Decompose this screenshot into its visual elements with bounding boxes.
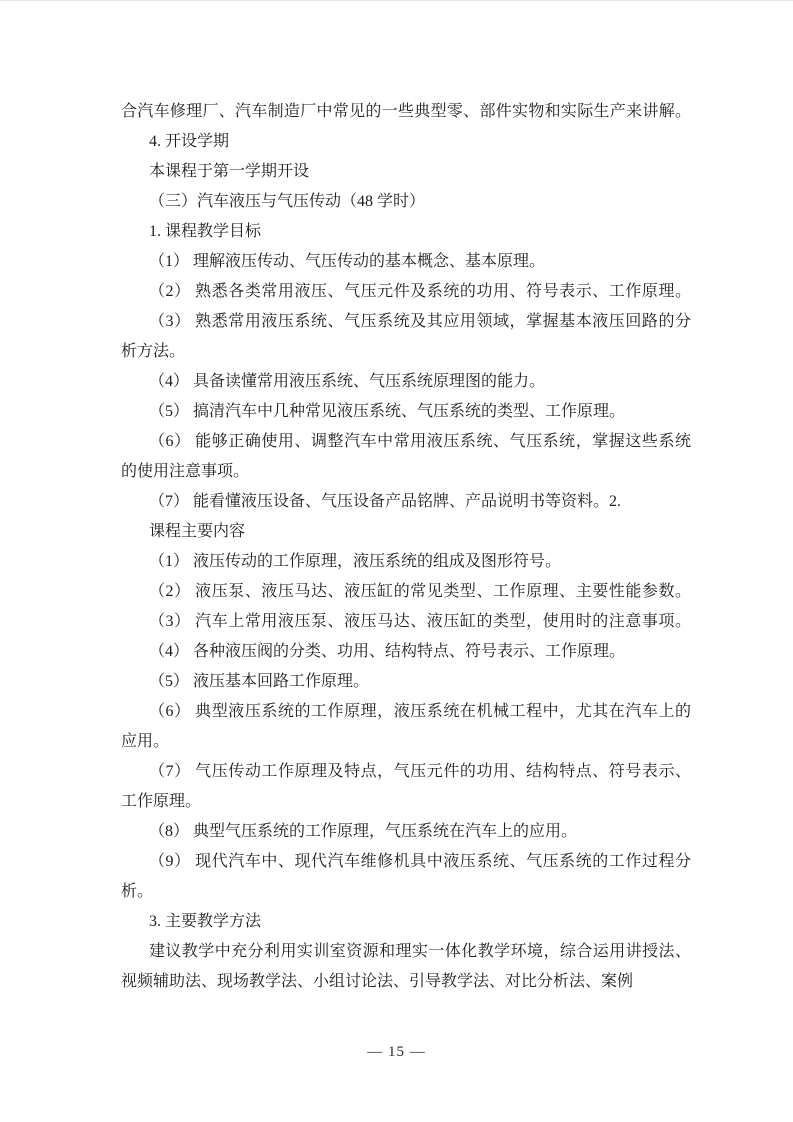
text-line: 析。 [121,877,691,907]
text-line: （2） 熟悉各类常用液压、气压元件及系统的功用、符号表示、工作原理。 [121,277,691,307]
text-line: 应用。 [121,727,691,757]
text-line: （9） 现代汽车中、现代汽车维修机具中液压系统、气压系统的工作过程分 [121,847,691,877]
text-line: 的使用注意事项。 [121,457,691,487]
text-line: 3. 主要教学方法 [121,907,691,937]
text-line: （5） 液压基本回路工作原理。 [121,667,691,697]
text-line: 视频辅助法、现场教学法、小组讨论法、引导教学法、对比分析法、案例 [121,967,691,997]
text-line: 课程主要内容 [121,517,691,547]
page-number: — 15 — [367,1044,426,1060]
text-line: （1） 理解液压传动、气压传动的基本概念、基本原理。 [121,247,691,277]
text-line: 工作原理。 [121,787,691,817]
text-line: 4. 开设学期 [121,127,691,157]
text-line: 建议教学中充分利用实训室资源和理实一体化教学环境，综合运用讲授法、 [121,937,691,967]
text-line: （6） 典型液压系统的工作原理，液压系统在机械工程中，尤其在汽车上的 [121,697,691,727]
text-line: （3） 熟悉常用液压系统、气压系统及其应用领域，掌握基本液压回路的分 [121,307,691,337]
text-line: 合汽车修理厂、汽车制造厂中常见的一些典型零、部件实物和实际生产来讲解。 [121,97,691,127]
text-line: （8） 典型气压系统的工作原理，气压系统在汽车上的应用。 [121,817,691,847]
text-line: （4） 具备读懂常用液压系统、气压系统原理图的能力。 [121,367,691,397]
page-footer: — 15 — [0,1041,793,1063]
text-line: 析方法。 [121,337,691,367]
text-line: （6） 能够正确使用、调整汽车中常用液压系统、气压系统，掌握这些系统 [121,427,691,457]
text-line: （三）汽车液压与气压传动（48 学时） [121,187,691,217]
text-line: （4） 各种液压阀的分类、功用、结构特点、符号表示、工作原理。 [121,637,691,667]
document-body: 合汽车修理厂、汽车制造厂中常见的一些典型零、部件实物和实际生产来讲解。4. 开设… [121,97,691,997]
text-line: （1） 液压传动的工作原理，液压系统的组成及图形符号。 [121,547,691,577]
text-line: （2） 液压泵、液压马达、液压缸的常见类型、工作原理、主要性能参数。 [121,577,691,607]
text-line: 1. 课程教学目标 [121,217,691,247]
text-line: （3） 汽车上常用液压泵、液压马达、液压缸的类型，使用时的注意事项。 [121,607,691,637]
text-line: 本课程于第一学期开设 [121,157,691,187]
text-line: （7） 气压传动工作原理及特点，气压元件的功用、结构特点、符号表示、 [121,757,691,787]
text-line: （7） 能看懂液压设备、气压设备产品铭牌、产品说明书等资料。2. [121,487,691,517]
text-line: （5） 搞清汽车中几种常见液压系统、气压系统的类型、工作原理。 [121,397,691,427]
document-page: 合汽车修理厂、汽车制造厂中常见的一些典型零、部件实物和实际生产来讲解。4. 开设… [0,0,793,1122]
